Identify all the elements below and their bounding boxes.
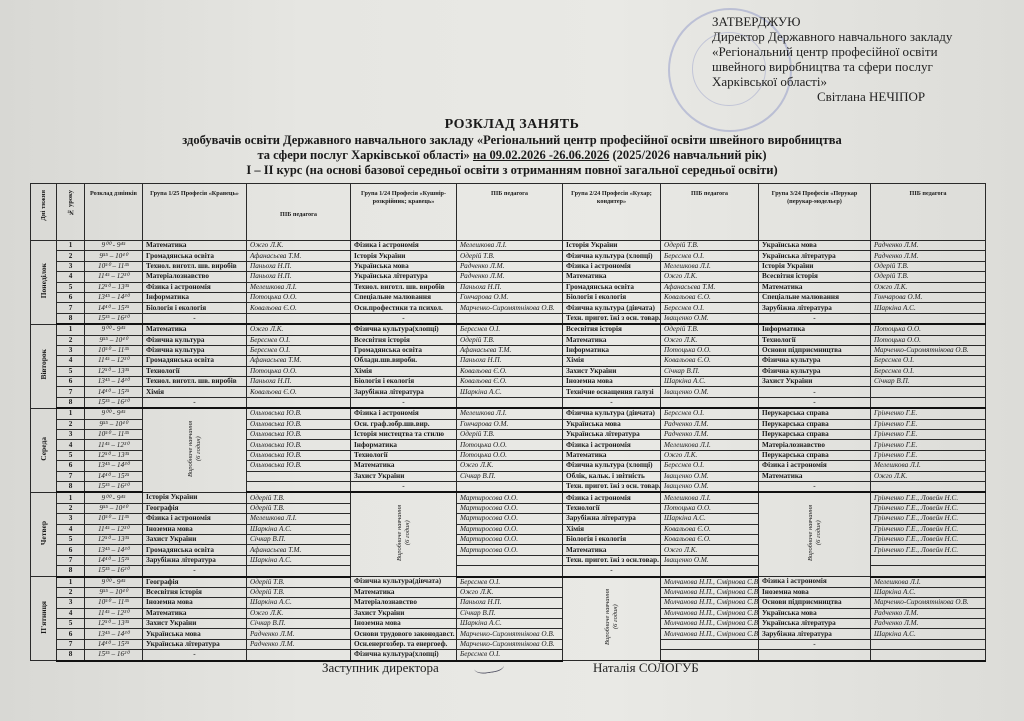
subject-cell: Математика — [351, 587, 457, 597]
teacher-cell: Мелешкова Л.І. — [661, 261, 759, 271]
teacher-cell — [661, 639, 759, 649]
subject-cell: Фізична культура (хлопці) — [563, 461, 661, 471]
teacher-cell: Радченко Л.М. — [247, 629, 351, 639]
day-label: Понеділок — [31, 241, 57, 325]
subject-cell: Історія України — [143, 492, 247, 503]
teacher-cell: Радченко Л.М. — [871, 608, 986, 618]
teacher-cell: Ковальова Є.О. — [247, 303, 351, 313]
subject-cell: - — [143, 313, 247, 324]
teacher-cell: Шаркіна А.С. — [871, 303, 986, 313]
lesson-number: 8 — [57, 566, 85, 577]
subject-cell: Спеціальне малювання — [759, 292, 871, 302]
table-header-row: Дні тижня № уроку Розклад дзвінків Група… — [31, 184, 986, 241]
subject-cell: Техн. пригот. їжі з осн.товар. — [563, 555, 661, 565]
lesson-time: 9⁵⁵ – 10⁴⁰ — [85, 335, 143, 345]
table-row: 815³⁵ – 16²⁰-Фізична культура(хлопці)Бер… — [31, 650, 986, 661]
subject-cell: Українська література — [143, 639, 247, 649]
subject-cell: Фізична культура — [759, 366, 871, 376]
teacher-cell: Грінченко Г.Е., Ловейн Н.С. — [871, 524, 986, 534]
subject-cell: Спеціальне малювання — [351, 292, 457, 302]
table-row: Понеділок19⁰⁰ - 9⁴⁵МатематикаОжго Л.К.Фі… — [31, 241, 986, 251]
table-row: 310⁵⁰ – 11³⁵Технол. виготл. шв. виробівП… — [31, 261, 986, 271]
teacher-cell: Паньоха Н.П. — [247, 377, 351, 387]
teacher-cell: Іващенко О.М. — [661, 313, 759, 324]
lesson-time: 15³⁵ – 16²⁰ — [85, 566, 143, 577]
teacher-cell: Мартиросова О.О. — [457, 534, 563, 544]
lesson-number: 3 — [57, 261, 85, 271]
teacher-cell: Мелешкова Л.І. — [457, 408, 563, 419]
lesson-time: 10⁵⁰ – 11³⁵ — [85, 261, 143, 271]
teacher-cell: Потоцька О.О. — [457, 450, 563, 460]
lesson-time: 9⁵⁵ – 10⁴⁰ — [85, 503, 143, 513]
lesson-time: 9⁰⁰ - 9⁴⁵ — [85, 241, 143, 251]
teacher-cell: Потоцька О.О. — [871, 324, 986, 335]
teacher-cell: Ковальова Є.О. — [661, 534, 759, 544]
subject-cell: Іноземна мова — [143, 524, 247, 534]
lesson-time: 9⁰⁰ - 9⁴⁵ — [85, 324, 143, 335]
lesson-number: 7 — [57, 471, 85, 481]
teacher-cell: Радченко Л.М. — [871, 251, 986, 261]
subject-cell: Математика — [351, 461, 457, 471]
teacher-cell: Шаркіна А.С. — [457, 387, 563, 397]
subject-cell: Інформатика — [351, 440, 457, 450]
teacher-cell — [661, 566, 759, 577]
subject-cell: Історія мистецтва та стилю — [351, 430, 457, 440]
schedule-table: Дні тижня № уроку Розклад дзвінків Група… — [30, 183, 986, 662]
teacher-cell: Іващенко О.М. — [661, 481, 759, 492]
subject-cell: - — [351, 397, 457, 408]
subject-cell: Захист України — [351, 471, 457, 481]
table-row: 310⁵⁰ – 11³⁵Фізична культураБерєснєв О.І… — [31, 345, 986, 355]
subject-cell: Іноземна мова — [563, 377, 661, 387]
subject-cell: Обладн.шв.виробн. — [351, 356, 457, 366]
lesson-time: 12⁵⁰ – 13³⁵ — [85, 619, 143, 629]
teacher-cell: Берєснєв О.І. — [661, 303, 759, 313]
approval-line: Директор Державного навчального закладу — [712, 29, 1002, 44]
subject-cell: Біологія і екологія — [351, 377, 457, 387]
teacher-cell: Одерій Т.В. — [457, 430, 563, 440]
teacher-cell: Паньоха Н.П. — [457, 356, 563, 366]
subject-cell: Технічне оснащення галузі — [563, 387, 661, 397]
teacher-cell: Афанасьєва Т.М. — [661, 282, 759, 292]
teacher-cell: Радченко Л.М. — [247, 639, 351, 649]
teacher-cell: Потоцька О.О. — [457, 440, 563, 450]
subject-cell: Іноземна мова — [351, 619, 457, 629]
teacher-cell: Мелешкова Л.І. — [661, 440, 759, 450]
subject-cell: Захист України — [563, 366, 661, 376]
teacher-cell: Ожго Л.К. — [661, 545, 759, 555]
table-row: 29⁵⁵ – 10⁴⁰Всесвітня історіяОдерій Т.В.М… — [31, 587, 986, 597]
teacher-cell: Радченко Л.М. — [457, 261, 563, 271]
teacher-cell: Грінченко Г.Е. — [871, 430, 986, 440]
teacher-cell: Потоцька О.О. — [247, 366, 351, 376]
heading-text: та сфери послуг Харківської області» — [258, 148, 473, 162]
teacher-cell: Радченко Л.М. — [871, 619, 986, 629]
schedule-body: Понеділок19⁰⁰ - 9⁴⁵МатематикаОжго Л.К.Фі… — [31, 241, 986, 661]
col-num: № уроку — [57, 184, 85, 241]
heading-text: (2025/2026 навчальний рік) — [609, 148, 766, 162]
day-name: Понеділок — [39, 263, 48, 298]
col-group-3-24: Група 3/24 Професія «Перукар (перукар-мо… — [759, 184, 871, 241]
teacher-cell: Ковальова Є.О. — [457, 366, 563, 376]
lesson-number: 4 — [57, 356, 85, 366]
day-name: Четвер — [39, 521, 48, 545]
subject-cell: Хімія — [143, 387, 247, 397]
teacher-cell: Мелешкова Л.І. — [871, 577, 986, 588]
subject-cell: Технології — [759, 335, 871, 345]
subject-cell: Перукарська справа — [759, 419, 871, 429]
subject-cell: - — [563, 566, 661, 577]
col-day-label: Дні тижня — [40, 190, 48, 221]
lesson-number: 3 — [57, 430, 85, 440]
subject-cell: Інформатика — [143, 292, 247, 302]
lesson-number: 1 — [57, 408, 85, 419]
table-row: 512⁵⁰ – 13³⁵ТехнологіїПотоцька О.О.Хімія… — [31, 366, 986, 376]
table-row: 613⁴⁵ – 14³⁰Технол. виготл. шв. виробівП… — [31, 377, 986, 387]
lesson-time: 10⁵⁰ – 11³⁵ — [85, 598, 143, 608]
lesson-number: 6 — [57, 545, 85, 555]
teacher-cell: Мартиросова О.О. — [457, 514, 563, 524]
col-day: Дні тижня — [31, 184, 57, 241]
lesson-time: 10⁵⁰ – 11³⁵ — [85, 430, 143, 440]
teacher-cell: Січкар В.П. — [871, 377, 986, 387]
teacher-cell: Берєснєв О.І. — [661, 251, 759, 261]
teacher-cell: Потоцька О.О. — [871, 335, 986, 345]
table-row: 512⁵⁰ – 13³⁵Захист УкраїниСічкар В.П.Іно… — [31, 619, 986, 629]
subject-cell: - — [759, 387, 871, 397]
teacher-cell: Грінченко Г.Е. — [871, 408, 986, 419]
lesson-time: 11⁴⁵ – 12³⁰ — [85, 272, 143, 282]
teacher-cell — [871, 481, 986, 492]
lesson-time: 11⁴⁵ – 12³⁰ — [85, 356, 143, 366]
teacher-cell: Одерій Т.В. — [247, 587, 351, 597]
teacher-cell: Марченко-Сиромятнікова О.В. — [457, 639, 563, 649]
deputy-position: Заступник директора — [322, 660, 439, 676]
teacher-cell: Ольховська Ю.В. — [247, 430, 351, 440]
teacher-cell: Молчанова Н.П., Смірнова С.В. — [661, 598, 759, 608]
teacher-cell: Потоцька О.О. — [661, 503, 759, 513]
lesson-number: 7 — [57, 387, 85, 397]
lesson-time: 14⁴⁰ – 15²⁵ — [85, 387, 143, 397]
subject-cell: Фізична культура (дівчата) — [563, 303, 661, 313]
teacher-cell: Січкар В.П. — [661, 366, 759, 376]
subject-cell: Захист України — [351, 608, 457, 618]
teacher-cell: Молчанова Н.П., Смірнова С.В. — [661, 619, 759, 629]
subject-cell: Осн. граф.зобр.шв.вир. — [351, 419, 457, 429]
deputy-name: Наталія СОЛОГУБ — [593, 660, 699, 676]
teacher-cell: Ожго Л.К. — [661, 335, 759, 345]
teacher-cell: Мартиросова О.О. — [457, 492, 563, 503]
lesson-number: 6 — [57, 377, 85, 387]
teacher-cell: Одерій Т.В. — [247, 503, 351, 513]
lesson-number: 5 — [57, 534, 85, 544]
subject-cell: Технол. виготл. шв. виробів — [143, 261, 247, 271]
subject-cell: Захист України — [143, 534, 247, 544]
teacher-cell — [871, 566, 986, 577]
teacher-cell: Одерій Т.В. — [871, 261, 986, 271]
teacher-cell: Ожго Л.К. — [457, 461, 563, 471]
teacher-cell: Ожго Л.К. — [457, 587, 563, 597]
lesson-time: 15³⁵ – 16²⁰ — [85, 313, 143, 324]
teacher-cell: Марченко-Сиромятнікова О.В. — [871, 345, 986, 355]
subject-cell: Українська література — [563, 430, 661, 440]
teacher-cell: Іващенко О.М. — [661, 555, 759, 565]
subject-cell: Облік, кальк. і звітність — [563, 471, 661, 481]
lesson-time: 9⁵⁵ – 10⁴⁰ — [85, 419, 143, 429]
lesson-number: 2 — [57, 503, 85, 513]
teacher-cell: Берєснєв О.І. — [661, 408, 759, 419]
lesson-number: 5 — [57, 282, 85, 292]
lesson-number: 5 — [57, 366, 85, 376]
subject-cell: Біологія і екологія — [563, 292, 661, 302]
subject-cell: Матеріалознавство — [351, 598, 457, 608]
lesson-number: 4 — [57, 440, 85, 450]
teacher-cell: Паньоха Н.П. — [247, 272, 351, 282]
lesson-number: 4 — [57, 524, 85, 534]
teacher-cell: Шаркіна А.С. — [247, 524, 351, 534]
subject-cell: Біологія і екологія — [563, 534, 661, 544]
subject-cell: Фізична культура (хлопці) — [563, 251, 661, 261]
table-row: 29⁵⁵ – 10⁴⁰Фізична культураБерєснєв О.І.… — [31, 335, 986, 345]
teacher-cell: Іващенко О.М. — [661, 387, 759, 397]
subject-cell: Фізична культура (дівчата) — [563, 408, 661, 419]
teacher-cell: Мелешкова Л.І. — [247, 514, 351, 524]
teacher-cell: Марченко-Сиромятнікова О.В. — [457, 629, 563, 639]
teacher-cell: Січкар В.П. — [457, 608, 563, 618]
lesson-time: 10⁵⁰ – 11³⁵ — [85, 345, 143, 355]
teacher-cell: Ковальова Є.О. — [457, 377, 563, 387]
teacher-cell: Одерій Т.В. — [247, 577, 351, 588]
teacher-cell: Радченко Л.М. — [457, 272, 563, 282]
lesson-number: 1 — [57, 241, 85, 251]
teacher-cell: Ковальова Є.О. — [661, 524, 759, 534]
teacher-cell: Ольховська Ю.В. — [247, 419, 351, 429]
heading-course: I – II курс (на основі базової середньої… — [0, 163, 1024, 178]
teacher-cell: Грінченко Г.Е. — [871, 440, 986, 450]
subject-cell: Громадянська освіта — [351, 345, 457, 355]
teacher-cell: Марченко-Сиромятнікова О.В. — [871, 598, 986, 608]
subject-cell: Основи підприємництва — [759, 345, 871, 355]
teacher-cell: Шаркіна А.С. — [457, 619, 563, 629]
lesson-time: 12⁵⁰ – 13³⁵ — [85, 534, 143, 544]
subject-cell: Громадянська освіта — [143, 251, 247, 261]
heading-line: та сфери послуг Харківської області» на … — [0, 148, 1024, 163]
document-page: ЗАТВЕРДЖУЮ Директор Державного навчально… — [0, 0, 1024, 721]
subject-cell: Фізика і астрономія — [351, 241, 457, 251]
subject-cell: Математика — [759, 282, 871, 292]
teacher-cell: Гончарова О.М. — [457, 292, 563, 302]
subject-cell: - — [563, 397, 661, 408]
table-row: 411⁴⁵ – 12³⁰МатеріалознавствоПаньоха Н.П… — [31, 272, 986, 282]
teacher-cell: Шаркіна А.С. — [661, 377, 759, 387]
practical-training-label: Виробниче навчання (6 годин) — [807, 503, 823, 563]
lesson-number: 1 — [57, 577, 85, 588]
subject-cell: Фізика і астрономія — [759, 577, 871, 588]
teacher-cell: Афанасьєва Т.М. — [247, 251, 351, 261]
teacher-cell: Ольховська Ю.В. — [247, 440, 351, 450]
subject-cell: Техн. пригот. їжі з осн. товар. — [563, 313, 661, 324]
practical-training-label: Виробниче навчання (6 годин) — [604, 587, 620, 647]
page-title: РОЗКЛАД ЗАНЯТЬ — [0, 116, 1024, 133]
lesson-time: 13⁴⁵ – 14³⁰ — [85, 461, 143, 471]
lesson-time: 15³⁵ – 16²⁰ — [85, 481, 143, 492]
lesson-number: 2 — [57, 419, 85, 429]
teacher-cell: Афанасьєва Т.М. — [247, 545, 351, 555]
lesson-number: 2 — [57, 335, 85, 345]
subject-cell: Зарубіжна література — [759, 629, 871, 639]
subject-cell: Всесвітня історія — [351, 335, 457, 345]
teacher-cell: Ожго Л.К. — [661, 272, 759, 282]
teacher-cell — [457, 397, 563, 408]
teacher-cell: Грінченко Г.Е., Ловейн Н.С. — [871, 534, 986, 544]
subject-cell: Іноземна мова — [759, 587, 871, 597]
subject-cell: Фізика і астрономія — [759, 461, 871, 471]
lesson-time: 13⁴⁵ – 14³⁰ — [85, 545, 143, 555]
teacher-cell: Афанасьєва Т.М. — [247, 356, 351, 366]
teacher-cell: Берєснєв О.І. — [457, 324, 563, 335]
practical-training-label: Виробниче навчання (6 годин) — [187, 419, 203, 479]
lesson-number: 8 — [57, 481, 85, 492]
lesson-number: 6 — [57, 629, 85, 639]
teacher-cell: Грінченко Г.Е., Ловейн Н.С. — [871, 514, 986, 524]
lesson-number: 2 — [57, 587, 85, 597]
teacher-cell: Мартиросова О.О. — [457, 545, 563, 555]
subject-cell: Хімія — [351, 366, 457, 376]
lesson-number: 3 — [57, 345, 85, 355]
teacher-cell: Потоцька О.О. — [661, 345, 759, 355]
teacher-cell: Ожго Л.К. — [247, 241, 351, 251]
lesson-number: 1 — [57, 324, 85, 335]
table-row: 815³⁵ – 16²⁰--Техн. пригот. їжі з осн. т… — [31, 313, 986, 324]
subject-cell: Українська мова — [351, 261, 457, 271]
subject-cell: Технол. виготл. шв. виробів — [351, 282, 457, 292]
approval-title: ЗАТВЕРДЖУЮ — [712, 14, 1002, 29]
subject-cell: Фізика і астрономія — [563, 440, 661, 450]
lesson-number: 7 — [57, 303, 85, 313]
teacher-cell: Берєснєв О.І. — [871, 356, 986, 366]
table-row: П'ятниця19⁰⁰ - 9⁴⁵ГеографіяОдерій Т.В.Фі… — [31, 577, 986, 588]
table-row: Вівторок19⁰⁰ - 9⁴⁵МатематикаОжго Л.К.Фіз… — [31, 324, 986, 335]
table-row: 613⁴⁵ – 14³⁰Українська моваРадченко Л.М.… — [31, 629, 986, 639]
lesson-time: 11⁴⁵ – 12³⁰ — [85, 524, 143, 534]
subject-cell: Громадянська освіта — [143, 356, 247, 366]
subject-cell: Громадянська освіта — [143, 545, 247, 555]
subject-cell: Математика — [563, 272, 661, 282]
schedule-heading: РОЗКЛАД ЗАНЯТЬ здобувачів освіти Державн… — [0, 116, 1024, 178]
teacher-cell: Ожго Л.К. — [247, 324, 351, 335]
subject-cell: Фізика і астрономія — [143, 282, 247, 292]
lesson-time: 12⁵⁰ – 13³⁵ — [85, 282, 143, 292]
subject-cell: Перукарська справа — [759, 408, 871, 419]
table-row: 411⁴⁵ – 12³⁰Громадянська освітаАфанасьєв… — [31, 356, 986, 366]
subject-cell: - — [351, 481, 457, 492]
lesson-time: 9⁰⁰ - 9⁴⁵ — [85, 492, 143, 503]
subject-cell: Фізична культура — [759, 356, 871, 366]
subject-cell: Історія України — [563, 241, 661, 251]
subject-cell: Основи підприємництва — [759, 598, 871, 608]
teacher-cell: Паньоха Н.П. — [457, 282, 563, 292]
subject-cell: Українська мова — [759, 608, 871, 618]
teacher-cell — [247, 650, 351, 661]
lesson-number: 1 — [57, 492, 85, 503]
subject-cell: Інформатика — [563, 345, 661, 355]
subject-cell: - — [143, 650, 247, 661]
teacher-cell: Одерій Т.В. — [457, 251, 563, 261]
teacher-cell: Ольховська Ю.В. — [247, 461, 351, 471]
subject-cell: Технології — [563, 503, 661, 513]
subject-cell: Інформатика — [759, 324, 871, 335]
heading-line: здобувачів освіти Державного навчального… — [0, 133, 1024, 148]
day-label: Четвер — [31, 492, 57, 576]
teacher-cell: Грінченко Г.Е., Ловейн Н.С. — [871, 503, 986, 513]
teacher-cell: Ожго Л.К. — [871, 471, 986, 481]
lesson-time: 14⁴⁰ – 15²⁵ — [85, 555, 143, 565]
lesson-number: 8 — [57, 397, 85, 408]
col-group-1-24: Група 1/24 Професія «Кушнір-розкрійник; … — [351, 184, 457, 241]
col-teacher: ПІБ педагога — [457, 184, 563, 241]
teacher-cell: Молчанова Н.П., Смірнова С.В. — [661, 608, 759, 618]
subject-cell: - — [143, 566, 247, 577]
teacher-cell — [247, 397, 351, 408]
teacher-cell: Грінченко Г.Е., Ловейн Н.С. — [871, 545, 986, 555]
practical-training-cell: Виробниче навчання (6 годин) — [759, 492, 871, 576]
subject-cell: Математика — [563, 545, 661, 555]
teacher-cell: Гончарова О.М. — [871, 292, 986, 302]
teacher-cell: Берєснєв О.І. — [247, 335, 351, 345]
teacher-cell: Ковальова Є.О. — [661, 356, 759, 366]
subject-cell: Українська література — [351, 272, 457, 282]
teacher-cell: Афанасьєва Т.М. — [457, 345, 563, 355]
subject-cell: Технол. виготл. шв. виробів — [143, 377, 247, 387]
lesson-number: 6 — [57, 461, 85, 471]
teacher-cell: Шаркіна А.С. — [247, 598, 351, 608]
lesson-number: 8 — [57, 650, 85, 661]
subject-cell: Хімія — [563, 356, 661, 366]
lesson-time: 9⁵⁵ – 10⁴⁰ — [85, 251, 143, 261]
lesson-time: 11⁴⁵ – 12³⁰ — [85, 440, 143, 450]
lesson-number: 3 — [57, 514, 85, 524]
lesson-number: 6 — [57, 292, 85, 302]
teacher-cell — [661, 397, 759, 408]
teacher-cell: Радченко Л.М. — [661, 430, 759, 440]
lesson-time: 14⁴⁰ – 15²⁵ — [85, 471, 143, 481]
teacher-cell: Одерій Т.В. — [661, 324, 759, 335]
teacher-cell: Січкар В.П. — [457, 471, 563, 481]
teacher-cell: Шаркіна А.С. — [247, 555, 351, 565]
subject-cell: Математика — [143, 608, 247, 618]
table-row: 512⁵⁰ – 13³⁵Фізика і астрономіяМелешкова… — [31, 282, 986, 292]
teacher-cell: Шаркіна А.С. — [871, 587, 986, 597]
day-name: Вівторок — [39, 349, 48, 380]
subject-cell: Українська література — [759, 619, 871, 629]
subject-cell: Історія України — [351, 251, 457, 261]
lesson-time: 13⁴⁵ – 14³⁰ — [85, 629, 143, 639]
subject-cell: Математика — [563, 450, 661, 460]
table-row: 29⁵⁵ – 10⁴⁰Громадянська освітаАфанасьєва… — [31, 251, 986, 261]
teacher-cell — [247, 471, 351, 481]
teacher-cell — [661, 650, 759, 661]
lesson-time: 13⁴⁵ – 14³⁰ — [85, 377, 143, 387]
teacher-cell: Паньоха Н.П. — [247, 261, 351, 271]
subject-cell: Захист України — [759, 377, 871, 387]
teacher-cell — [247, 481, 351, 492]
lesson-number: 5 — [57, 450, 85, 460]
subject-cell: - — [759, 313, 871, 324]
approval-signer: Світлана НЕЧІПОР — [712, 89, 1002, 104]
lesson-time: 9⁰⁰ - 9⁴⁵ — [85, 577, 143, 588]
subject-cell: Матеріалознавство — [143, 272, 247, 282]
day-label: Вівторок — [31, 324, 57, 408]
